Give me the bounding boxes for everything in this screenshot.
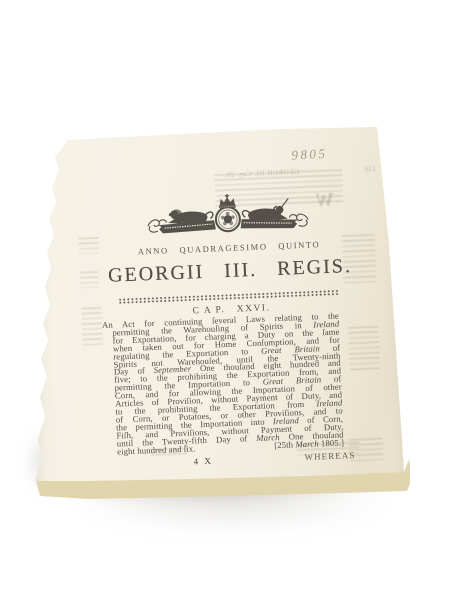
printed-content: 9805 238 GEORGII III. Cap. 26. W [75, 138, 388, 490]
showthrough-lines [348, 326, 380, 371]
showthrough-lines [214, 169, 343, 210]
document-page: 9805 238 GEORGII III. Cap. 26. W [30, 115, 410, 495]
showthrough-page-number: 238 [364, 165, 376, 173]
signature-mark: 4 X [193, 456, 213, 467]
pencil-number: 9805 [291, 146, 328, 164]
photo-background: 9805 238 GEORGII III. Cap. 26. W [0, 0, 450, 600]
act-paragraph: An Act for continuing ſeveral Laws relat… [102, 313, 344, 457]
catchword: WHEREAS [304, 450, 355, 462]
page-title: GEORGII III. REGIS. [80, 254, 381, 289]
